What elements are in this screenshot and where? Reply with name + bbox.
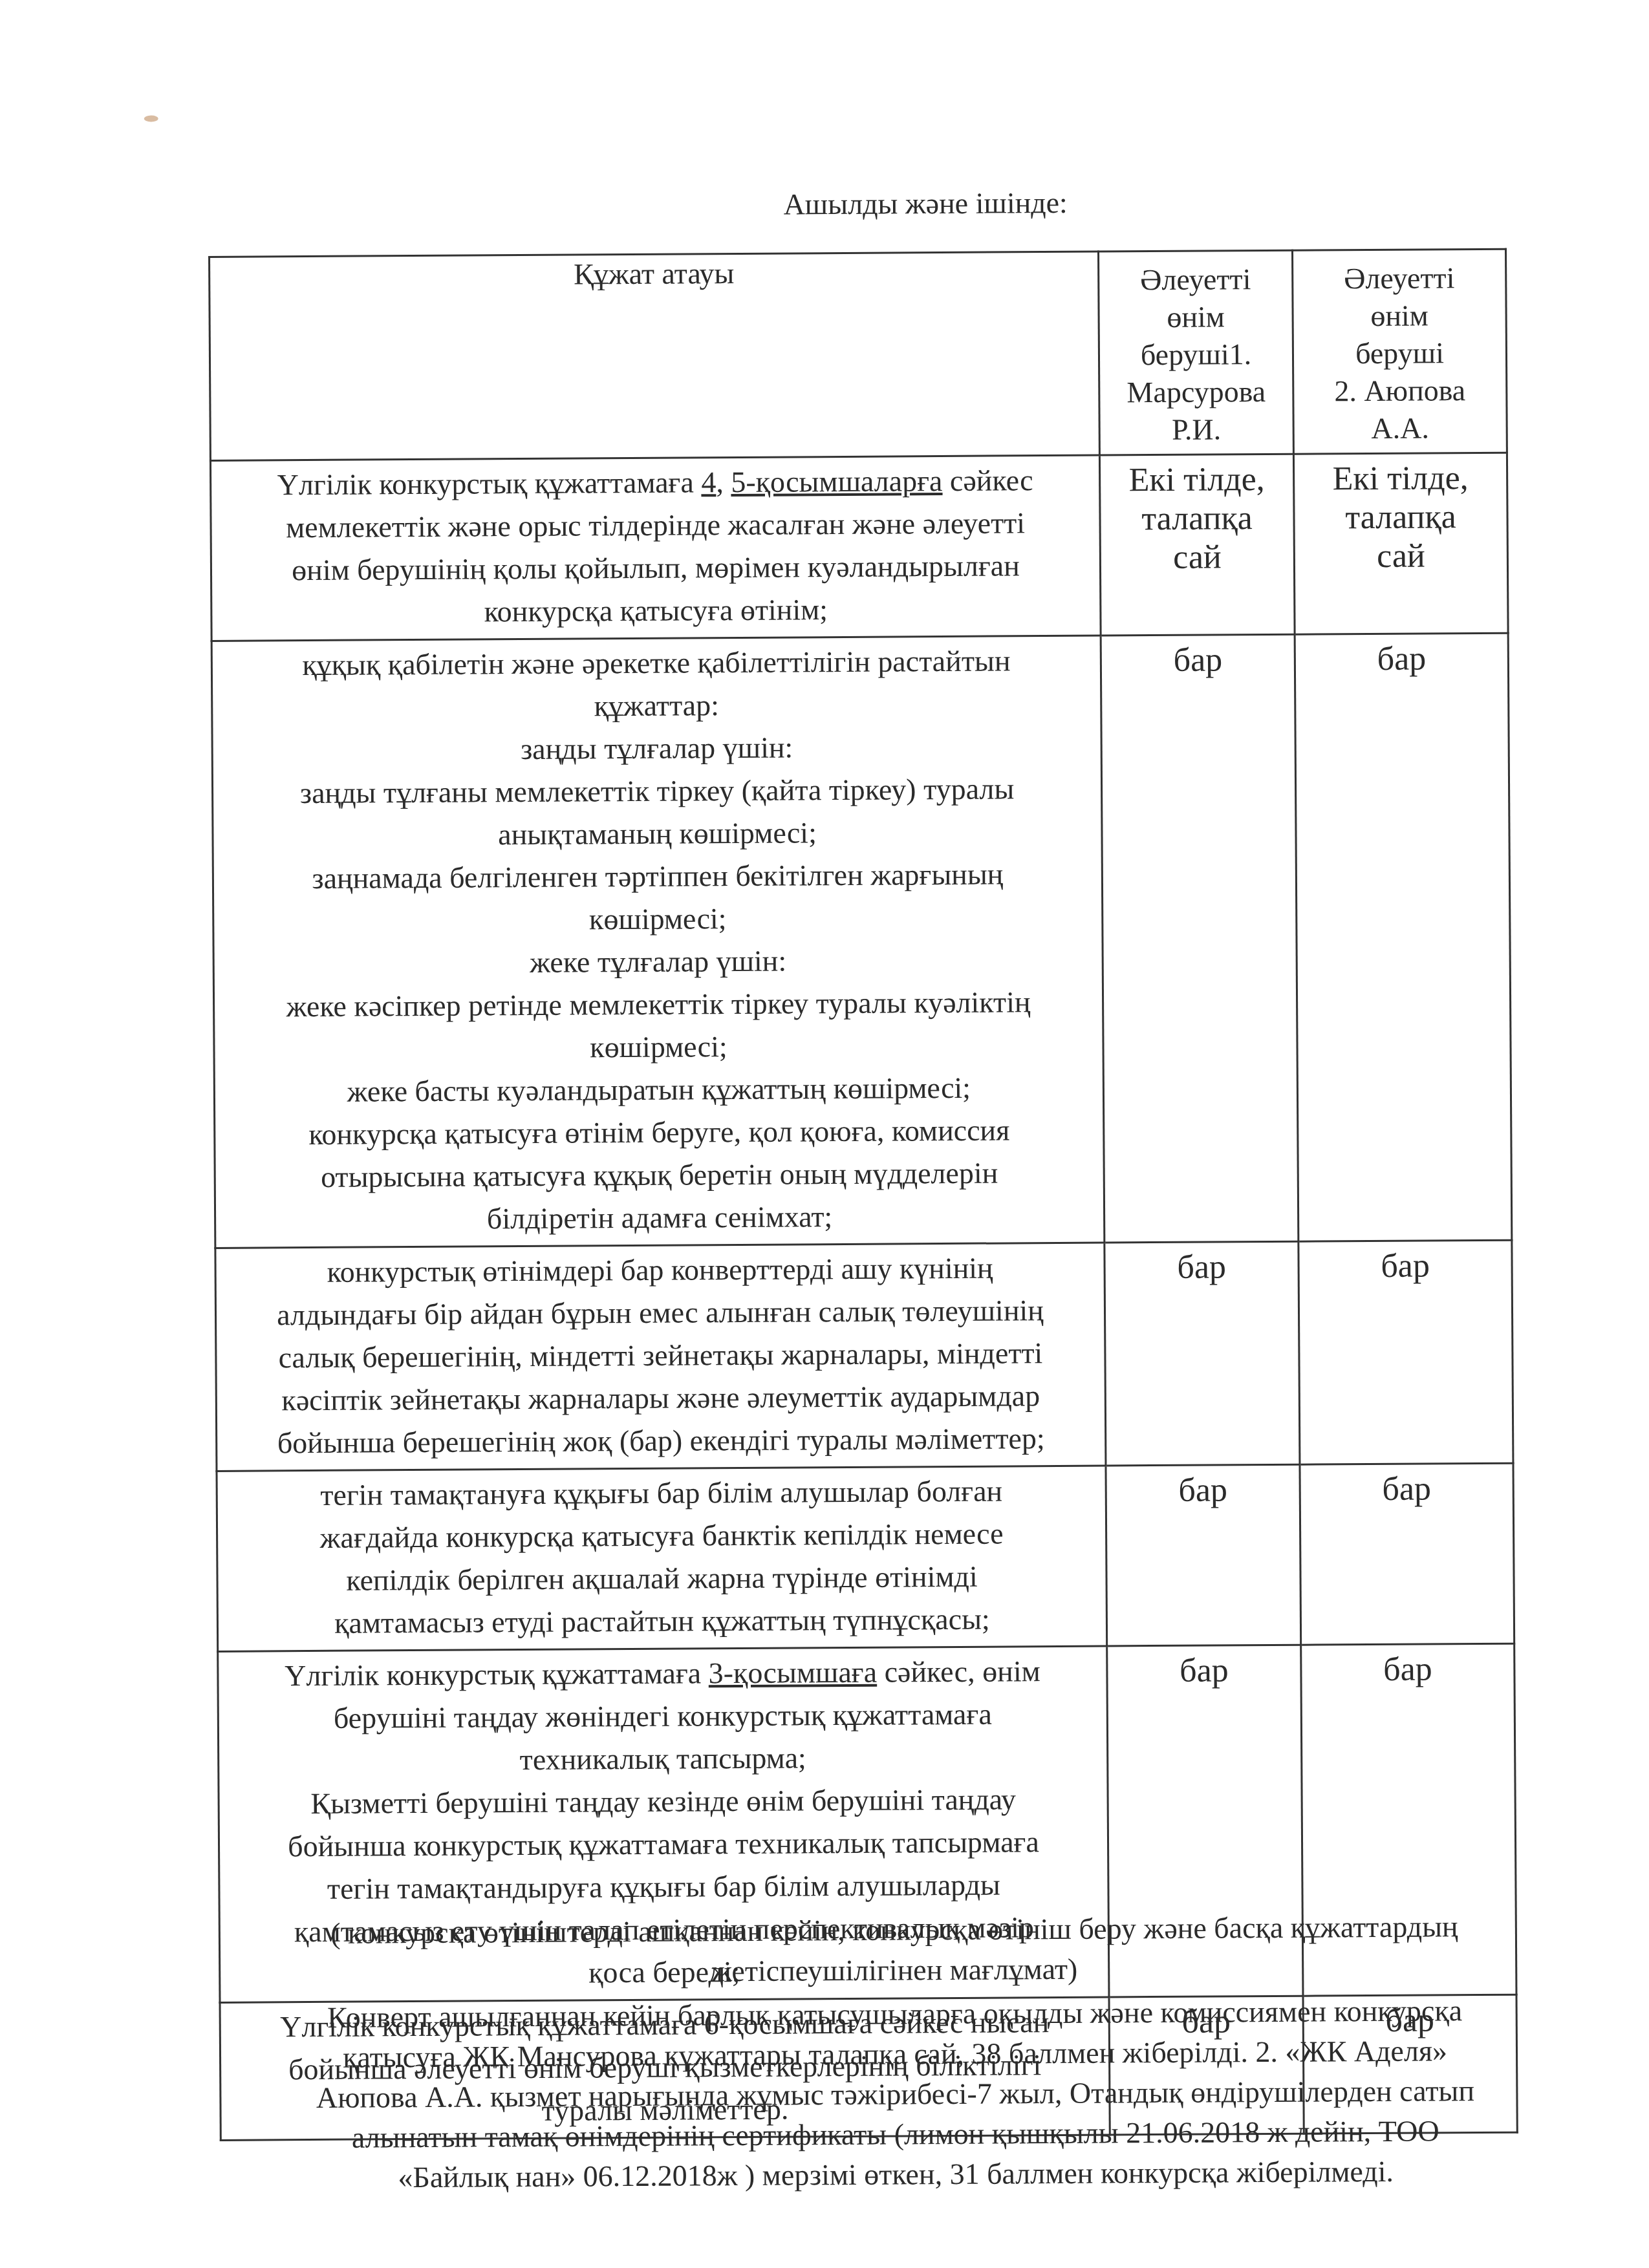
text-line: Әлеуетті	[1108, 261, 1282, 299]
supplier-1-status: бар	[1106, 1464, 1301, 1646]
requirement-line: Үлгілік конкурстық құжаттамаға 3-қосымша…	[228, 1650, 1097, 1698]
header-document-name: Құжат атауы	[210, 251, 1100, 460]
requirement-line: білдіретін адамға сенімхат;	[225, 1194, 1094, 1242]
requirement-line: Үлгілік конкурстық құжаттамаға 4, 5-қосы…	[221, 459, 1090, 507]
requirement-line: техникалық тапсырма;	[228, 1735, 1097, 1783]
text-line: Әлеуетті	[1302, 259, 1496, 298]
status-text: бар	[1111, 641, 1285, 681]
supplier-2-status: бар	[1299, 1240, 1513, 1464]
requirement-line: тегін тамақтандыруға құқығы бар білім ал…	[229, 1863, 1098, 1911]
header-supplier-2: Әлеуеттіөнімберуші2. АюповаА.А.	[1292, 249, 1507, 454]
requirement-line: жеке басты куәландыратын құжаттың көшірм…	[224, 1066, 1094, 1114]
status-text: Екі тілде,	[1110, 460, 1284, 500]
requirement-line: көшірмесі;	[223, 895, 1092, 943]
document-requirement-cell: құқық қабілетін және әрекетке қабілеттіл…	[211, 636, 1105, 1248]
requirement-line: жеке кәсіпкер ретінде мемлекеттік тіркеу…	[224, 981, 1093, 1029]
status-text: сай	[1304, 537, 1498, 577]
appendix-link: 5-қосымшаларға	[731, 464, 942, 498]
supplier-2-status: Екі тілде,талапқасай	[1293, 453, 1508, 634]
table-row: құқық қабілетін және әрекетке қабілеттіл…	[211, 633, 1512, 1248]
requirement-line: кепілдік берілген ақшалай жарна түрінде …	[227, 1555, 1096, 1603]
caption: Ашылды және ішінде:	[783, 185, 1068, 223]
requirement-line: конкурстық өтінімдері бар конверттерді а…	[225, 1246, 1094, 1294]
status-text: бар	[1311, 1650, 1504, 1690]
text-line: жетіспеушілігінен мағлұмат)	[264, 1947, 1525, 1995]
requirement-line: құқық қабілетін және әрекетке қабілеттіл…	[222, 639, 1091, 687]
documents-table: Құжат атауы Әлеуеттіөнімберуші1.Марсуров…	[208, 248, 1518, 2141]
document-page: Ашылды және ішінде: Құжат атауы Әлеуетті…	[0, 0, 1649, 2268]
status-text: бар	[1114, 1248, 1288, 1288]
requirement-line: отырысына қатысуға құқық беретін оның мү…	[225, 1151, 1094, 1199]
text-line: беруші	[1303, 334, 1496, 373]
requirement-line: жеке тұлғалар үшін:	[224, 938, 1093, 986]
status-text: талапқа	[1304, 498, 1497, 538]
text-line: ( конкурсқа өтініштерді ашқаннан кейін, …	[264, 1907, 1525, 1954]
requirement-line: берушіні таңдау жөніндегі конкурстық құж…	[228, 1693, 1097, 1740]
requirement-line: алдындағы бір айдан бұрын емес алынған с…	[226, 1289, 1095, 1337]
scan-speck	[144, 115, 158, 122]
status-text: бар	[1305, 639, 1498, 679]
table-row: Үлгілік конкурстық құжаттамаға 4, 5-қосы…	[210, 453, 1508, 641]
status-text: талапқа	[1110, 499, 1284, 539]
text-line: 2. Аюпова	[1303, 372, 1496, 411]
requirement-line: заңды тұлғалар үшін:	[222, 725, 1091, 773]
requirement-line: құжаттар:	[222, 682, 1091, 730]
table-row: тегін тамақтануға құқығы бар білім алушы…	[217, 1463, 1514, 1651]
supplier-1-status: бар	[1105, 1241, 1300, 1466]
text-line: Р.И.	[1110, 411, 1284, 449]
requirement-line: заңнамада белгіленген тәртіппен бекітілг…	[223, 853, 1092, 901]
status-text: бар	[1310, 1470, 1503, 1510]
requirement-line: көшірмесі;	[224, 1023, 1093, 1071]
requirement-line: конкурсқа қатысуға өтінім;	[221, 587, 1090, 635]
requirement-line: бойынша конкурстық құжаттамаға техникалы…	[229, 1821, 1098, 1868]
header-supplier-1: Әлеуеттіөнімберуші1.МарсуроваР.И.	[1098, 250, 1293, 455]
text-line: А.А.	[1304, 409, 1497, 448]
status-text: Екі тілде,	[1304, 459, 1497, 499]
requirement-line: мемлекеттік және орыс тілдерінде жасалға…	[221, 502, 1090, 550]
table-header-row: Құжат атауы Әлеуеттіөнімберуші1.Марсуров…	[210, 249, 1507, 460]
requirement-line: өнім берушінің қолы қойылып, мөрімен куә…	[221, 544, 1090, 592]
requirement-line: бойынша берешегінің жоқ (бар) екендігі т…	[226, 1417, 1095, 1465]
text-line: «Байлық нан» 06.12.2018ж ) мерзімі өткен…	[265, 2151, 1526, 2199]
requirement-line: салық берешегінің, міндетті зейнетақы жа…	[226, 1332, 1095, 1380]
requirement-line: жағдайда конкурсқа қатысуға банктік кепі…	[227, 1512, 1096, 1560]
document-requirement-cell: Үлгілік конкурстық құжаттамаға 4, 5-қосы…	[210, 455, 1101, 641]
appendix-link: 4	[701, 465, 716, 498]
requirement-line: конкурсқа қатысуға өтінім беруге, қол қо…	[224, 1109, 1094, 1157]
status-text: сай	[1110, 538, 1284, 578]
status-text: бар	[1117, 1651, 1291, 1691]
supplier-1-status: бар	[1101, 634, 1299, 1243]
conclusion-paragraph: Конверт ашылғаннан кейін барлық қатысушы…	[264, 1991, 1526, 2199]
document-requirement-cell: тегін тамақтануға құқығы бар білім алушы…	[217, 1466, 1107, 1651]
text-line: өнім	[1108, 298, 1282, 337]
supplier-1-status: Екі тілде,талапқасай	[1099, 454, 1295, 636]
text-line: беруші1.	[1109, 336, 1283, 374]
appendix-link: 3-қосымшаға	[709, 1656, 878, 1690]
requirement-line: анықтаманың көшірмесі;	[222, 810, 1092, 858]
status-text: бар	[1308, 1246, 1502, 1287]
footnote: ( конкурсқа өтініштерді ашқаннан кейін, …	[264, 1907, 1525, 1995]
document-requirement-cell: конкурстық өтінімдері бар конверттерді а…	[215, 1243, 1106, 1471]
text-line: өнім	[1302, 297, 1496, 336]
table-row: конкурстық өтінімдері бар конверттерді а…	[215, 1240, 1513, 1471]
requirement-line: кәсіптік зейнетақы жарналары және әлеуме…	[226, 1375, 1095, 1422]
status-text: бар	[1116, 1471, 1290, 1511]
supplier-2-status: бар	[1300, 1463, 1514, 1645]
text-line: Марсурова	[1109, 373, 1283, 412]
requirement-line: қамтамасыз етуді растайтын құжаттың түпн…	[228, 1598, 1097, 1645]
requirement-line: заңды тұлғаны мемлекеттік тіркеу (қайта …	[222, 767, 1092, 815]
requirement-line: тегін тамақтануға құқығы бар білім алушы…	[227, 1470, 1096, 1517]
supplier-2-status: бар	[1295, 633, 1512, 1241]
requirement-line: Қызметті берушіні таңдау кезінде өнім бе…	[228, 1778, 1097, 1826]
